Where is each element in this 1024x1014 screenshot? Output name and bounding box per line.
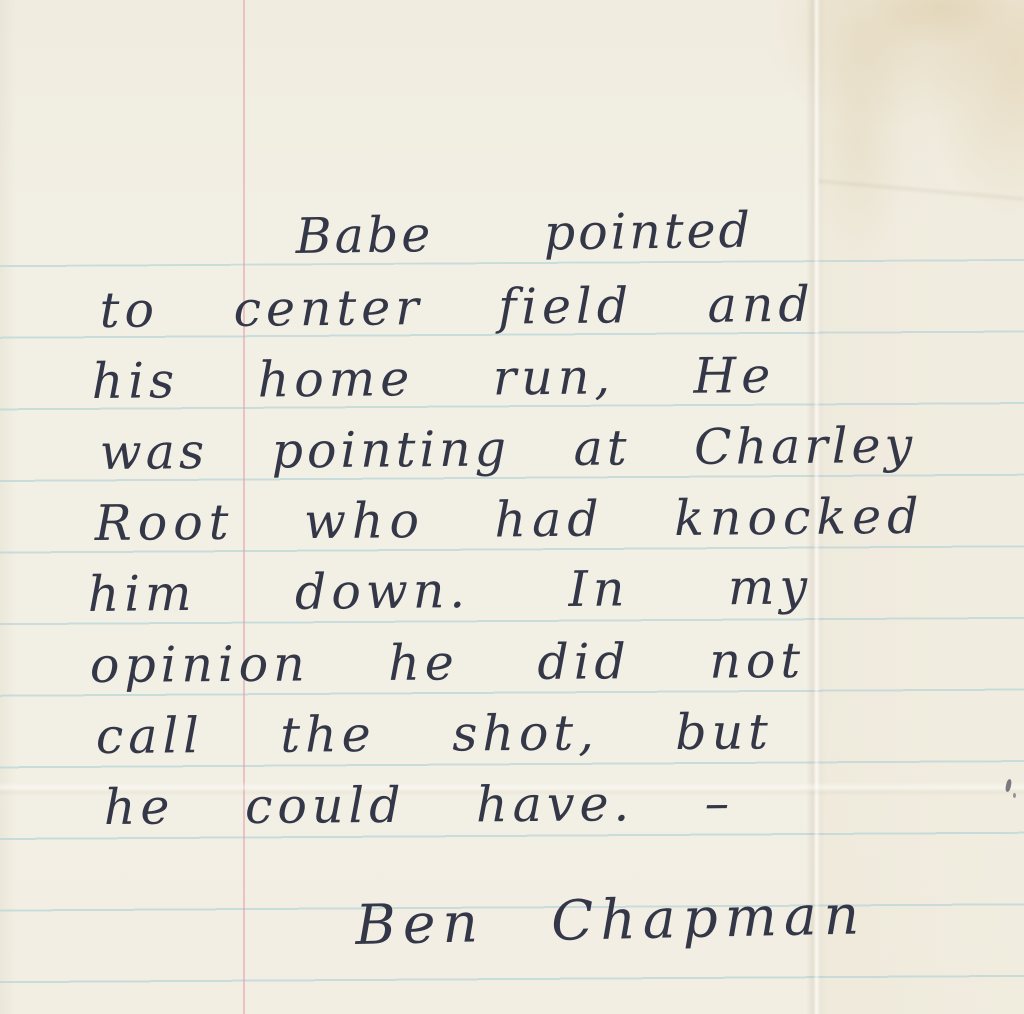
diagonal-crease bbox=[818, 177, 1024, 203]
handwriting-line-7: opinion he did not bbox=[90, 636, 806, 690]
handwriting-line-1: Babe pointed bbox=[295, 206, 753, 261]
ink-speck bbox=[1013, 793, 1016, 798]
handwriting-line-4: was pointing at Charley bbox=[100, 421, 917, 477]
signature: Ben Chapman bbox=[355, 887, 867, 953]
handwriting-line-3: his home run, He bbox=[92, 351, 776, 406]
handwriting-line-9: he could have. – bbox=[104, 779, 735, 832]
note-paper: Babe pointed to center field and his hom… bbox=[0, 0, 1024, 1014]
handwriting-line-2: to center field and bbox=[100, 280, 815, 335]
handwriting-line-8: call the shot, but bbox=[96, 707, 773, 761]
handwriting-line-5: Root who had knocked bbox=[95, 492, 925, 548]
handwriting-line-6: him down. In my bbox=[87, 562, 812, 619]
